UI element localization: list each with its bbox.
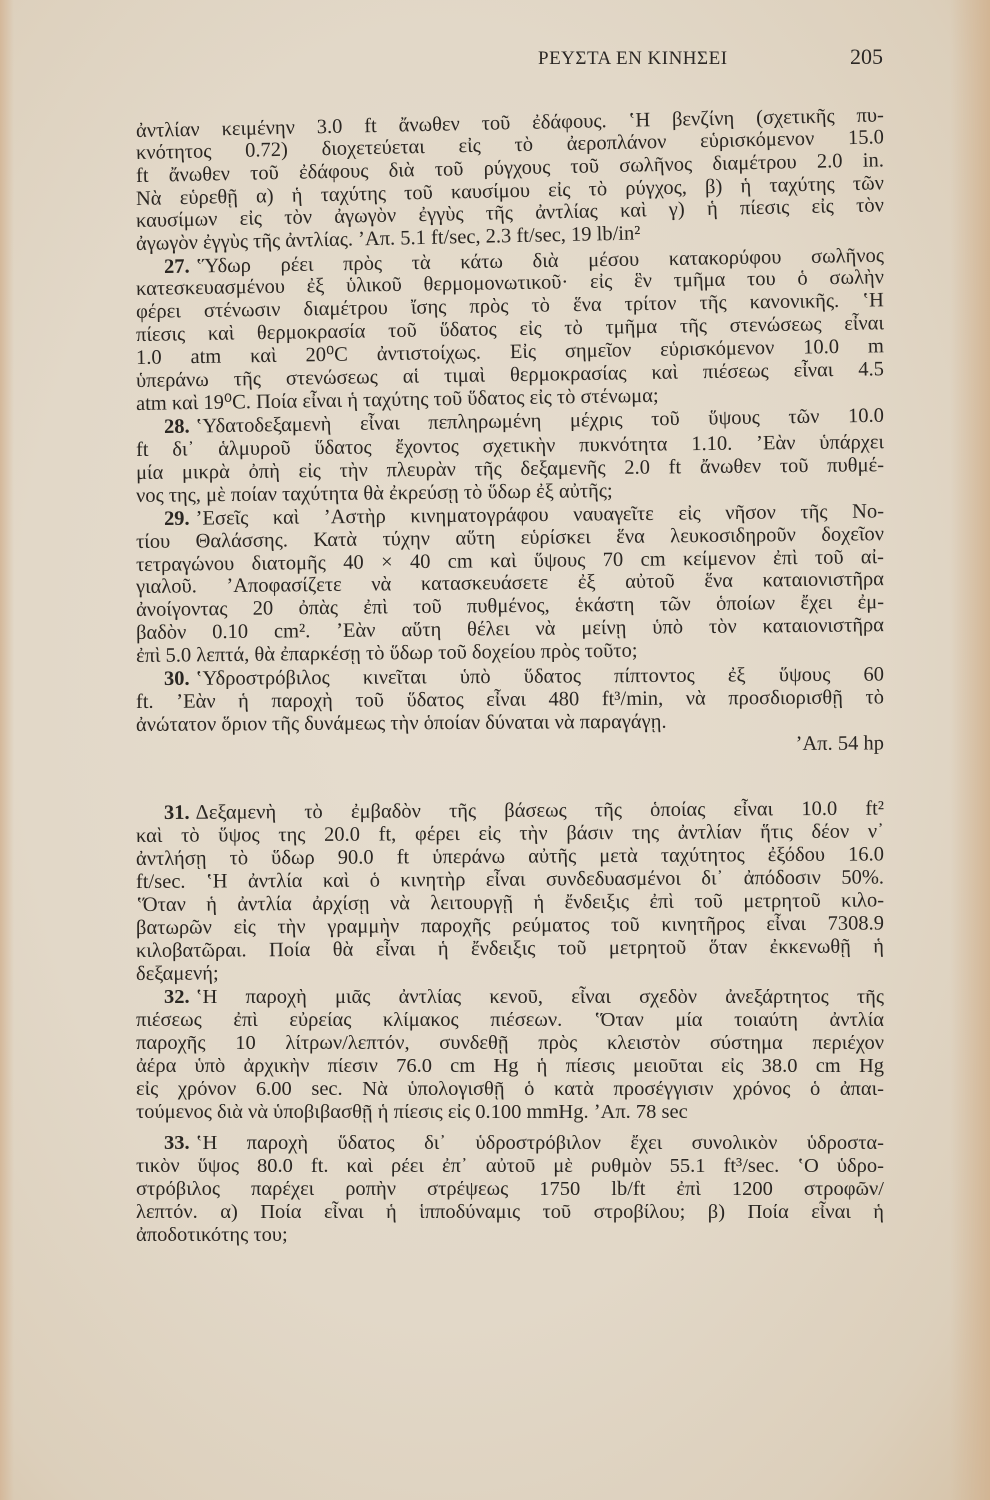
line-text: βατωρῶν εἰς τὴν γραμμὴν παροχῆς ρεύματος… [136, 912, 884, 939]
line-text: Δεξαμενὴ τὸ ἐμβαδὸν τῆς βάσεως τῆς ὁποία… [196, 798, 884, 824]
line-text: ʽΗ παροχὴ μιᾶς ἀντλίας κενοῦ, εἶναι σχεδ… [196, 986, 884, 1008]
problem-start-line: 30.ʽΥδροστρόβιλος κινεῖται ὑπὸ ὕδατος πί… [164, 664, 884, 690]
line-text: ἀνώτατον ὅριον τῆς δυνάμεως τὴν ὁποίαν δ… [136, 711, 667, 736]
line-text: στρόβιλος παρέχει ροπὴν στρέψεως 1750 lb… [136, 1178, 884, 1200]
page-number: 205 [850, 44, 883, 70]
line-text: ʽΗ παροχὴ ὕδατος δι᾽ ὑδροστρόβιλον ἔχει … [196, 1132, 884, 1154]
line-text: ἀέρα ὑπὸ ἀρχικὴν πίεσιν 76.0 cm Hg ἡ πίε… [136, 1055, 884, 1077]
text-line: ἀντλήσῃ τὸ ὕδωρ 90.0 ft ὑπεράνω αὐτῆς με… [136, 843, 884, 870]
text-line: κιλοβατῶραι. Ποία θὰ εἶναι ἡ ἔνδειξις το… [136, 935, 884, 962]
text-line: ἀνώτατον ὅριον τῆς δυνάμεως τὴν ὁποίαν δ… [136, 709, 884, 736]
text-line: λεπτόν. α) Ποία εἶναι ἡ ἱπποδύναμις τοῦ … [136, 1201, 884, 1223]
line-text: δεξαμενή; [136, 962, 219, 985]
problem-start-line: 31.Δεξαμενὴ τὸ ἐμβαδὸν τῆς βάσεως τῆς ὁπ… [164, 798, 884, 824]
text-line: ft/sec. ʽΗ ἀντλία καὶ ὁ κινητὴρ εἶναι συ… [136, 866, 884, 893]
text-line: πιέσεως ἐπὶ εὐρείας κλίμακος πιέσεων. ʽΌ… [136, 1009, 884, 1031]
text-line: ἀποδοτικότης του; [136, 1224, 884, 1246]
text-line: τικὸν ὕψος 80.0 ft. καὶ ρέει ἐπ᾽ αὐτοῦ μ… [136, 1155, 884, 1177]
line-text: παροχῆς 10 λίτρων/λεπτόν, συνδεθῇ πρὸς κ… [136, 1032, 884, 1054]
text-line: καὶ τὸ ὕψος της 20.0 ft, φέρει εἰς τὴν β… [136, 820, 884, 847]
line-text: πιέσεως ἐπὶ εὐρείας κλίμακος πιέσεων. ʽΌ… [136, 1009, 884, 1031]
line-text: ʽΥδροστρόβιλος κινεῖται ὑπὸ ὕδατος πίπτο… [196, 664, 884, 690]
text-line: ʼΑπ. 54 hp [136, 732, 884, 759]
problem-number: 29. [164, 508, 190, 530]
line-text: τούμενος διὰ νὰ ὑποβιβασθῇ ἡ πίεσις εἰς … [136, 1101, 688, 1123]
line-text: ft/sec. ʽΗ ἀντλία καὶ ὁ κινητὴρ εἶναι συ… [136, 866, 884, 893]
problem-start-line: 33.ʽΗ παροχὴ ὕδατος δι᾽ ὑδροστρόβιλον ἔχ… [164, 1132, 884, 1154]
text-line: στρόβιλος παρέχει ροπὴν στρέψεως 1750 lb… [136, 1178, 884, 1200]
line-text: καὶ τὸ ὕψος της 20.0 ft, φέρει εἰς τὴν β… [136, 820, 884, 847]
text-line: ft. ʼΕὰν ἡ παροχὴ τοῦ ὕδατος εἶναι 480 f… [136, 686, 884, 713]
text-line: ʽΌταν ἡ ἀντλία ἀρχίσῃ νὰ λειτουργῇ ἡ ἔνδ… [136, 889, 884, 916]
line-text: ft. ʼΕὰν ἡ παροχὴ τοῦ ὕδατος εἶναι 480 f… [136, 686, 884, 713]
page-header: ΡΕΥΣΤΑ ΕΝ ΚΙΝΗΣΕΙ 205 [538, 44, 883, 74]
line-text: λεπτόν. α) Ποία εἶναι ἡ ἱπποδύναμις τοῦ … [136, 1201, 884, 1223]
line-text: νος της, μὲ ποίαν ταχύτητα θὰ ἐκρεύσῃ τὸ… [136, 480, 613, 507]
running-title: ΡΕΥΣΤΑ ΕΝ ΚΙΝΗΣΕΙ [538, 48, 728, 70]
text-line: βατωρῶν εἰς τὴν γραμμὴν παροχῆς ρεύματος… [136, 912, 884, 939]
line-text: κιλοβατῶραι. Ποία θὰ εἶναι ἡ ἔνδειξις το… [136, 935, 884, 962]
text-line: τούμενος διὰ νὰ ὑποβιβασθῇ ἡ πίεσις εἰς … [136, 1101, 884, 1123]
problem-number: 28. [164, 416, 190, 438]
line-text: τικὸν ὕψος 80.0 ft. καὶ ρέει ἐπ᾽ αὐτοῦ μ… [136, 1155, 884, 1177]
problem-number: 31. [164, 802, 190, 824]
line-text: ʽΌταν ἡ ἀντλία ἀρχίσῃ νὰ λειτουργῇ ἡ ἔνδ… [136, 889, 884, 916]
line-text: ἀποδοτικότης του; [136, 1224, 288, 1246]
text-line: εἰς χρόνον 6.00 sec. Νὰ ὑπολογισθῇ ὁ κατ… [136, 1078, 884, 1100]
line-text: ἐπὶ 5.0 λεπτά, θὰ ἐπαρκέσῃ τὸ ὕδωρ τοῦ δ… [136, 640, 638, 667]
text-line: δεξαμενή; [136, 958, 884, 985]
problem-number: 32. [164, 986, 190, 1008]
problem-number: 33. [164, 1132, 190, 1154]
text-line: παροχῆς 10 λίτρων/λεπτόν, συνδεθῇ πρὸς κ… [136, 1032, 884, 1054]
line-text: ʼΑπ. 54 hp [796, 732, 884, 755]
page-shadow-left [0, 0, 14, 1500]
page-shadow-right [950, 0, 990, 1500]
line-text: εἰς χρόνον 6.00 sec. Νὰ ὑπολογισθῇ ὁ κατ… [136, 1078, 884, 1100]
line-text: ἀντλήσῃ τὸ ὕδωρ 90.0 ft ὑπεράνω αὐτῆς με… [136, 843, 884, 870]
problem-number: 30. [164, 668, 190, 690]
problem-start-line: 32.ʽΗ παροχὴ μιᾶς ἀντλίας κενοῦ, εἶναι σ… [164, 986, 884, 1008]
text-line: ἀέρα ὑπὸ ἀρχικὴν πίεσιν 76.0 cm Hg ἡ πίε… [136, 1055, 884, 1077]
problem-number: 27. [164, 256, 190, 278]
